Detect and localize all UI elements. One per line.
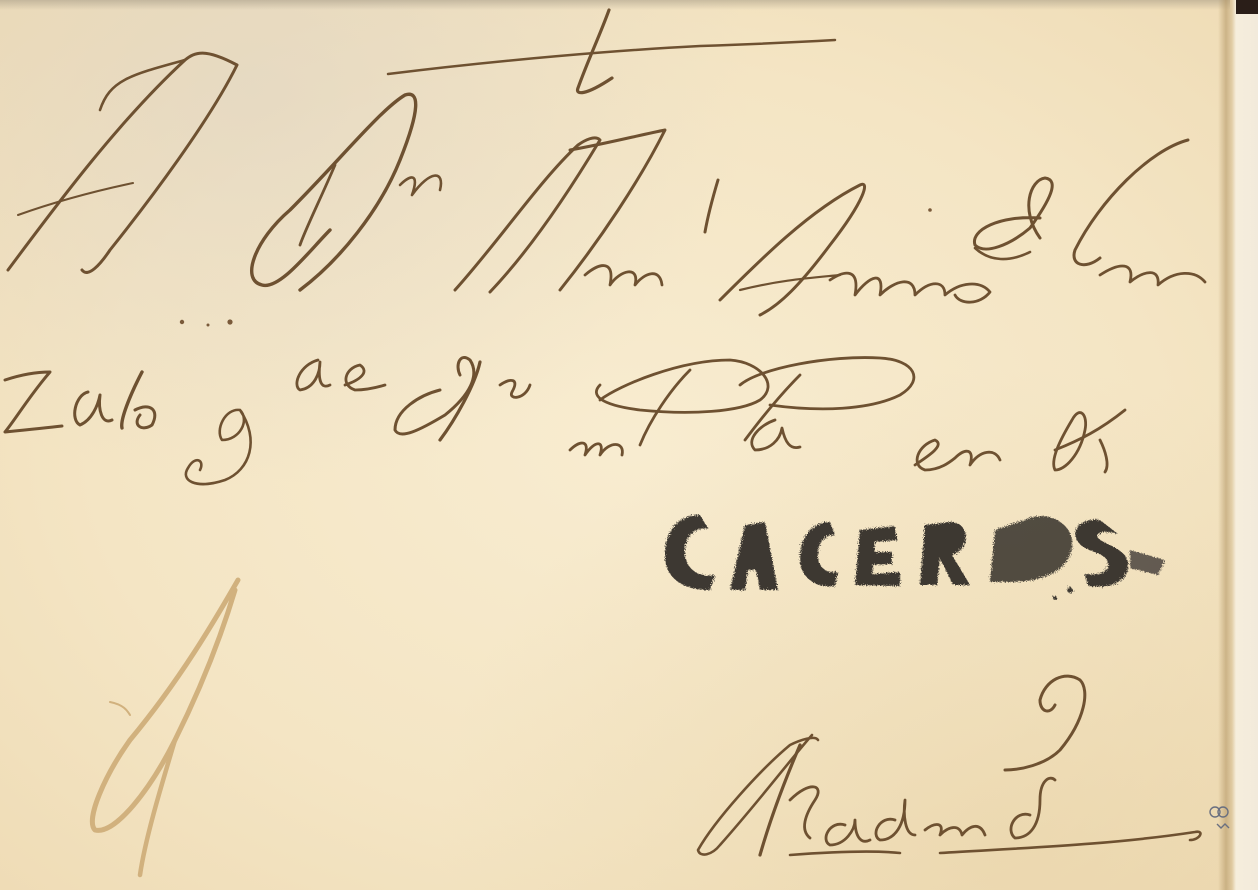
word-Antonio xyxy=(720,184,990,315)
letter-cover xyxy=(0,0,1258,890)
word-Dn xyxy=(252,94,441,290)
word-Ds xyxy=(395,358,530,440)
word-A xyxy=(8,53,237,272)
word-Gon xyxy=(974,140,1205,285)
word-g-de xyxy=(186,360,385,484)
word-en-Ss xyxy=(915,410,1125,472)
word-zalo xyxy=(5,372,155,432)
rate-mark-t xyxy=(388,10,835,93)
word-mde-flourish xyxy=(570,358,914,455)
handwriting xyxy=(0,0,1258,890)
postmark-caceres-stamp xyxy=(660,490,1170,600)
pencil-corner-mark xyxy=(1205,800,1235,840)
margin-mark-U xyxy=(92,580,238,875)
word-Manl xyxy=(455,130,718,292)
word-Madrid xyxy=(698,676,1200,855)
